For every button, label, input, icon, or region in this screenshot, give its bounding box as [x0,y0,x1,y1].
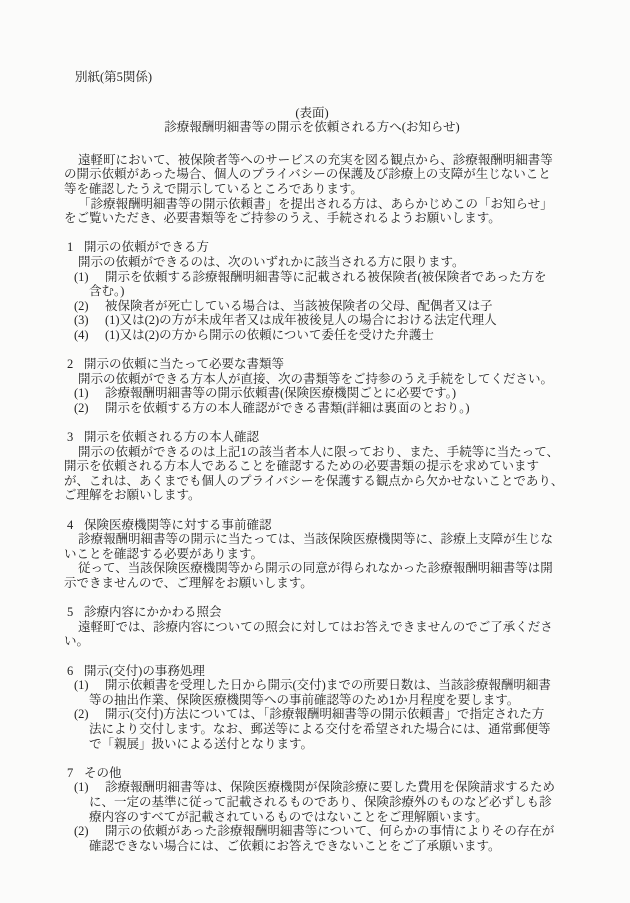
text-line: (2)被保険者が死亡している場合は、当該被保険者の父母、配偶者又は子 [64,299,560,314]
text-line: (1)開示依頼書を受理した日から開示(交付)までの所要日数は、当該診療報酬明細書 [64,678,560,693]
text-line: に、一定の基準に従って記載されるものであり、保険診療外のものなど必ずしも診 [64,795,560,810]
section-heading: 5 診療内容にかかわる照会 [64,605,560,620]
text-line: 含む。) [64,284,560,299]
line-text: ご理解をお願いします。 [64,488,201,502]
text-line: (3)(1)又は(2)の方が未成年者又は成年被後見人の場合における法定代理人 [64,313,560,328]
section-heading: 1 開示の依頼ができる方 [64,240,560,255]
line-text: 示できませんので、ご理解をお願いします。 [64,576,313,590]
text-line: (2)開示を依頼する方の本人確認ができる書類(詳細は裏面のとおり。) [64,401,560,416]
list-item-marker: (3) [74,313,105,328]
text-line: が、これは、あくまでも個人のプライバシーを保護する観点から欠かせないことであり、 [64,474,560,489]
text-line: (1)診療報酬明細書等の開示依頼書(保険医療機関ごとに必要です。) [64,386,560,401]
line-text: 被保険者が死亡している場合は、当該被保険者の父母、配偶者又は子 [105,299,493,313]
line-text: 開示(交付)方法については、「診療報酬明細書等の開示依頼書」で指定された方 [105,707,544,721]
line-text: 等の抽出作業、保険医療機関等への事前確認等のため1か月程度を要します。 [89,693,519,707]
line-text: 開示の依頼ができる方本人が直接、次の書類等をご持参のうえ手続をしてください。 [78,372,553,386]
section-heading: 2 開示の依頼に当たって必要な書類等 [64,357,560,372]
line-text: に、一定の基準に従って記載されるものであり、保険診療外のものなど必ずしも診 [89,795,552,809]
text-line: 療内容のすべてが記載されているものではないことをご理解願います。 [64,810,560,825]
text-line: 等の抽出作業、保険医療機関等への事前確認等のため1か月程度を要します。 [64,693,560,708]
line-text: 診療報酬明細書等の開示に当たっては、当該保険医療機関等に、診療上支障が生じな [78,532,553,546]
line-text: い。 [64,634,89,648]
surface-label: (表面) [64,106,560,121]
section-title: 診療内容にかかわる照会 [84,605,222,620]
section-title: 開示の依頼ができる方 [84,240,209,255]
section-number: 3 [64,430,84,445]
line-text: 確認できない場合には、ご依頼にお答えできないことをご了承願います。 [89,839,501,853]
document-header: (表面) 診療報酬明細書等の開示を依頼される方へ(お知らせ) [64,106,560,135]
section-number: 2 [64,357,84,372]
line-text: 含む。) [89,284,124,298]
line-text: 開示依頼書を受理した日から開示(交付)までの所要日数は、当該診療報酬明細書 [105,678,551,692]
intro-paragraph: 遠軽町において、被保険者等へのサービスの充実を図る観点から、診療報酬明細書等 の… [64,153,560,226]
text-line: 従って、当該保険医療機関等から開示の同意が得られなかった診療報酬明細書等は開 [64,561,560,576]
line-text: 等を確認したうえで開示しているところであります。 [64,182,363,196]
section: 6 開示(交付)の事務処理 (1)開示依頼書を受理した日から開示(交付)までの所… [64,664,560,752]
text-line: ご理解をお願いします。 [64,488,560,503]
line-text: 開示を依頼される方本人であることを確認するための必要書類の提示を求めています [64,459,539,473]
section: 3 開示を依頼される方の本人確認 開示の依頼ができるのは上記1の該当者本人に限っ… [64,430,560,503]
text-line: 開示を依頼される方本人であることを確認するための必要書類の提示を求めています [64,459,560,474]
section-number: 1 [64,240,84,255]
list-item-marker: (1) [74,678,105,693]
text-line: い。 [64,634,560,649]
section: 1 開示の依頼ができる方 開示の依頼ができるのは、次のいずれかに該当される方に限… [64,240,560,342]
section-number: 4 [64,518,84,533]
attachment-label: 別紙(第5関係) [75,70,560,85]
document-page: 別紙(第5関係) (表面) 診療報酬明細書等の開示を依頼される方へ(お知らせ) … [0,0,630,903]
text-line: (1)開示を依頼する診療報酬明細書等に記載される被保険者(被保険者であった方を [64,270,560,285]
line-text: をご覧いただき、必要書類等をご持参のうえ、手続されるようお願いします。 [64,211,501,225]
line-text: で「親展」扱いによる送付となります。 [89,737,313,751]
line-text: (1)又は(2)の方が未成年者又は成年被後見人の場合における法定代理人 [105,313,497,327]
text-line: 開示の依頼ができるのは、次のいずれかに該当される方に限ります。 [64,255,560,270]
line-text: 遠軽町では、診療内容についての照会に対してはお答えできませんのでご了承くださ [78,620,553,634]
line-text: 法により交付します。なお、郵送等による交付を希望された場合には、通常郵便等 [89,722,551,736]
section-number: 5 [64,605,84,620]
line-text: 診療報酬明細書等の開示依頼書(保険医療機関ごとに必要です。) [105,386,456,400]
text-line: 「診療報酬明細書等の開示依頼書」を提出される方は、あらかじめこの「お知らせ」 [64,197,560,212]
section-number: 7 [64,766,84,781]
list-item-marker: (2) [74,707,105,722]
line-text: の開示依頼があった場合、個人のプライバシーの保護及び診療上の支障が生じないこと [64,167,551,181]
text-line: (4)(1)又は(2)の方から開示の依頼について委任を受けた弁護士 [64,328,560,343]
line-text: 開示を依頼する方の本人確認ができる書類(詳細は裏面のとおり。) [105,401,470,415]
list-item-marker: (1) [74,270,105,285]
text-line: (2)開示(交付)方法については、「診療報酬明細書等の開示依頼書」で指定された方 [64,707,560,722]
list-item-marker: (1) [74,386,105,401]
list-item-marker: (2) [74,401,105,416]
text-line: をご覧いただき、必要書類等をご持参のうえ、手続されるようお願いします。 [64,211,560,226]
line-text: 開示の依頼ができるのは上記1の該当者本人に限っており、また、手続等に当たって、 [78,445,559,459]
page-title: 診療報酬明細書等の開示を依頼される方へ(お知らせ) [64,120,560,135]
line-text: 遠軽町において、被保険者等へのサービスの充実を図る観点から、診療報酬明細書等 [78,153,553,167]
text-line: 示できませんので、ご理解をお願いします。 [64,576,560,591]
section: 4 保険医療機関等に対する事前確認 診療報酬明細書等の開示に当たっては、当該保険… [64,518,560,591]
list-item-marker: (1) [74,780,105,795]
text-line: 法により交付します。なお、郵送等による交付を希望された場合には、通常郵便等 [64,722,560,737]
section-heading: 4 保険医療機関等に対する事前確認 [64,518,560,533]
line-text: いことを確認する必要があります。 [64,547,263,561]
line-text: 「診療報酬明細書等の開示依頼書」を提出される方は、あらかじめこの「お知らせ」 [78,197,553,211]
text-line: の開示依頼があった場合、個人のプライバシーの保護及び診療上の支障が生じないこと [64,167,560,182]
list-item-marker: (2) [74,824,105,839]
text-line: 確認できない場合には、ご依頼にお答えできないことをご了承願います。 [64,839,560,854]
section: 2 開示の依頼に当たって必要な書類等 開示の依頼ができる方本人が直接、次の書類等… [64,357,560,415]
section-title: 開示(交付)の事務処理 [84,664,205,679]
section: 5 診療内容にかかわる照会 遠軽町では、診療内容についての照会に対してはお答えで… [64,605,560,649]
section: 7 その他 (1)診療報酬明細書等は、保険医療機関が保険診療に要した費用を保険請… [64,766,560,854]
section-title: 開示の依頼に当たって必要な書類等 [84,357,284,372]
text-line: 開示の依頼ができるのは上記1の該当者本人に限っており、また、手続等に当たって、 [64,445,560,460]
section-title: 保険医療機関等に対する事前確認 [84,518,272,533]
text-line: 等を確認したうえで開示しているところであります。 [64,182,560,197]
text-line: 遠軽町において、被保険者等へのサービスの充実を図る観点から、診療報酬明細書等 [64,153,560,168]
text-line: (1)診療報酬明細書等は、保険医療機関が保険診療に要した費用を保険請求するため [64,780,560,795]
section-number: 6 [64,664,84,679]
text-line: 遠軽町では、診療内容についての照会に対してはお答えできませんのでご了承くださ [64,620,560,635]
text-line: (2)開示の依頼があった診療報酬明細書等について、何らかの事情によりその存在が [64,824,560,839]
line-text: 開示の依頼ができるのは、次のいずれかに該当される方に限ります。 [78,255,465,269]
line-text: (1)又は(2)の方から開示の依頼について委任を受けた弁護士 [105,328,434,342]
line-text: 従って、当該保険医療機関等から開示の同意が得られなかった診療報酬明細書等は開 [78,561,553,575]
section-title: 開示を依頼される方の本人確認 [84,430,259,445]
list-item-marker: (2) [74,299,105,314]
line-text: 診療報酬明細書等は、保険医療機関が保険診療に要した費用を保険請求するため [105,780,555,794]
section-heading: 3 開示を依頼される方の本人確認 [64,430,560,445]
text-line: いことを確認する必要があります。 [64,547,560,562]
section-heading: 7 その他 [64,766,560,781]
line-text: が、これは、あくまでも個人のプライバシーを保護する観点から欠かせないことであり、 [64,474,563,488]
list-item-marker: (4) [74,328,105,343]
line-text: 開示を依頼する診療報酬明細書等に記載される被保険者(被保険者であった方を [105,270,547,284]
section-title: その他 [84,766,122,781]
line-text: 開示の依頼があった診療報酬明細書等について、何らかの事情によりその存在が [105,824,554,838]
text-line: で「親展」扱いによる送付となります。 [64,737,560,752]
line-text: 療内容のすべてが記載されているものではないことをご理解願います。 [89,810,488,824]
text-line: 開示の依頼ができる方本人が直接、次の書類等をご持参のうえ手続をしてください。 [64,372,560,387]
text-line: 診療報酬明細書等の開示に当たっては、当該保険医療機関等に、診療上支障が生じな [64,532,560,547]
section-heading: 6 開示(交付)の事務処理 [64,664,560,679]
